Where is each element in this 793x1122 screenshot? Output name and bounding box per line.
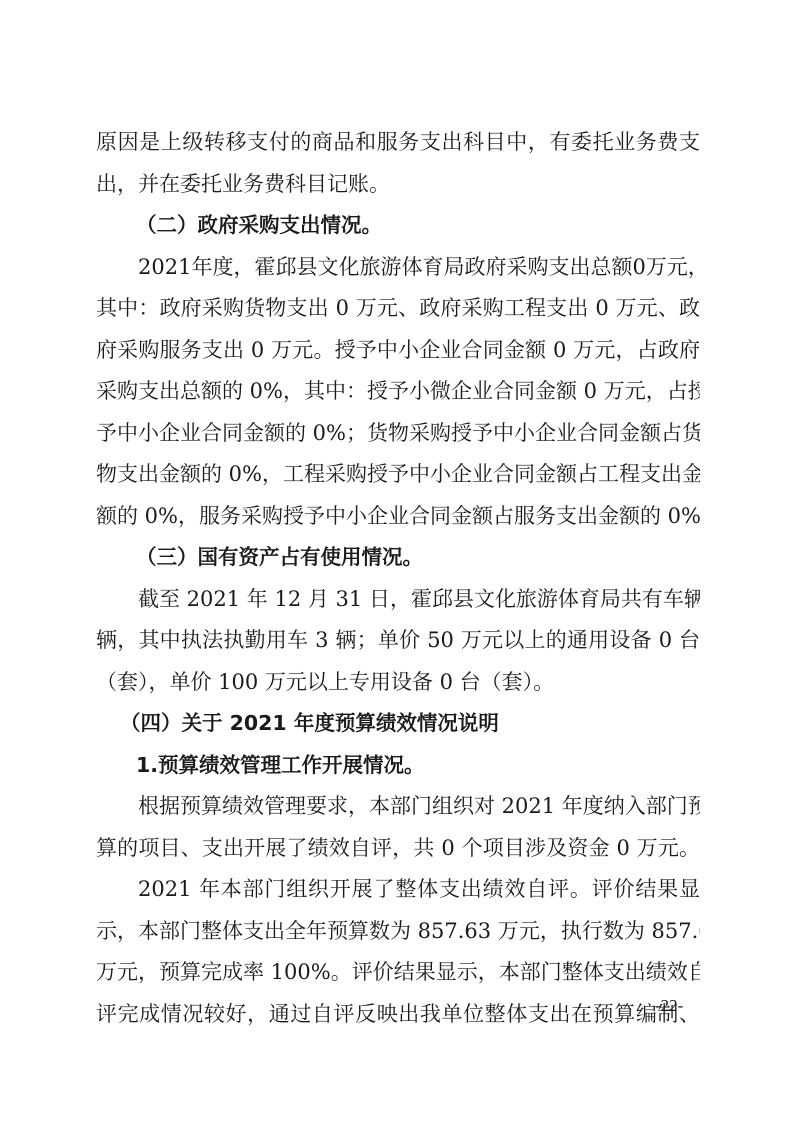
paragraph-line: 评完成情况较好，通过自评反映出我单位整体支出在预算编制、 [96,994,700,1036]
document-page: 原因是上级转移支付的商品和服务支出科目中，有委托业务费支 出，并在委托业务费科目… [96,122,700,1035]
paragraph-line: 2021年度，霍邱县文化旅游体育局政府采购支出总额0万元， [96,247,700,289]
paragraph-line: 出，并在委托业务费科目记账。 [96,164,700,206]
section-heading-assets: （三）国有资产占有使用情况。 [96,537,700,579]
paragraph-line: 采购支出总额的 0%，其中：授予小微企业合同金额 0 万元，占授 [96,371,700,413]
paragraph-line: 原因是上级转移支付的商品和服务支出科目中，有委托业务费支 [96,122,700,164]
section-heading-procurement: （二）政府采购支出情况。 [96,205,700,247]
page-number: -22- [655,996,683,1016]
section-heading-performance: （四）关于 2021 年度预算绩效情况说明 [96,703,700,745]
paragraph-line: 额的 0%，服务采购授予中小企业合同金额占服务支出金额的 0%。 [96,496,700,538]
paragraph-line: 根据预算绩效管理要求，本部门组织对 2021 年度纳入部门预 [96,786,700,828]
paragraph-line: 算的项目、支出开展了绩效自评，共 0 个项目涉及资金 0 万元。 [96,828,700,870]
paragraph-line: 示，本部门整体支出全年预算数为 857.63 万元，执行数为 857.63 [96,911,700,953]
paragraph-line: 辆，其中执法执勤用车 3 辆；单价 50 万元以上的通用设备 0 台 [96,620,700,662]
paragraph-line: 截至 2021 年 12 月 31 日，霍邱县文化旅游体育局共有车辆 3 [96,579,700,621]
paragraph-line: 府采购服务支出 0 万元。授予中小企业合同金额 0 万元，占政府 [96,330,700,372]
paragraph-line: 其中：政府采购货物支出 0 万元、政府采购工程支出 0 万元、政 [96,288,700,330]
paragraph-line: 予中小企业合同金额的 0%；货物采购授予中小企业合同金额占货 [96,413,700,455]
paragraph-line: （套），单价 100 万元以上专用设备 0 台（套）。 [96,662,700,704]
paragraph-line: 物支出金额的 0%，工程采购授予中小企业合同金额占工程支出金 [96,454,700,496]
paragraph-line: 万元，预算完成率 100%。评价结果显示，本部门整体支出绩效自 [96,952,700,994]
paragraph-line: 2021 年本部门组织开展了整体支出绩效自评。评价结果显 [96,869,700,911]
subsection-heading-performance-management: 1.预算绩效管理工作开展情况。 [96,745,700,787]
